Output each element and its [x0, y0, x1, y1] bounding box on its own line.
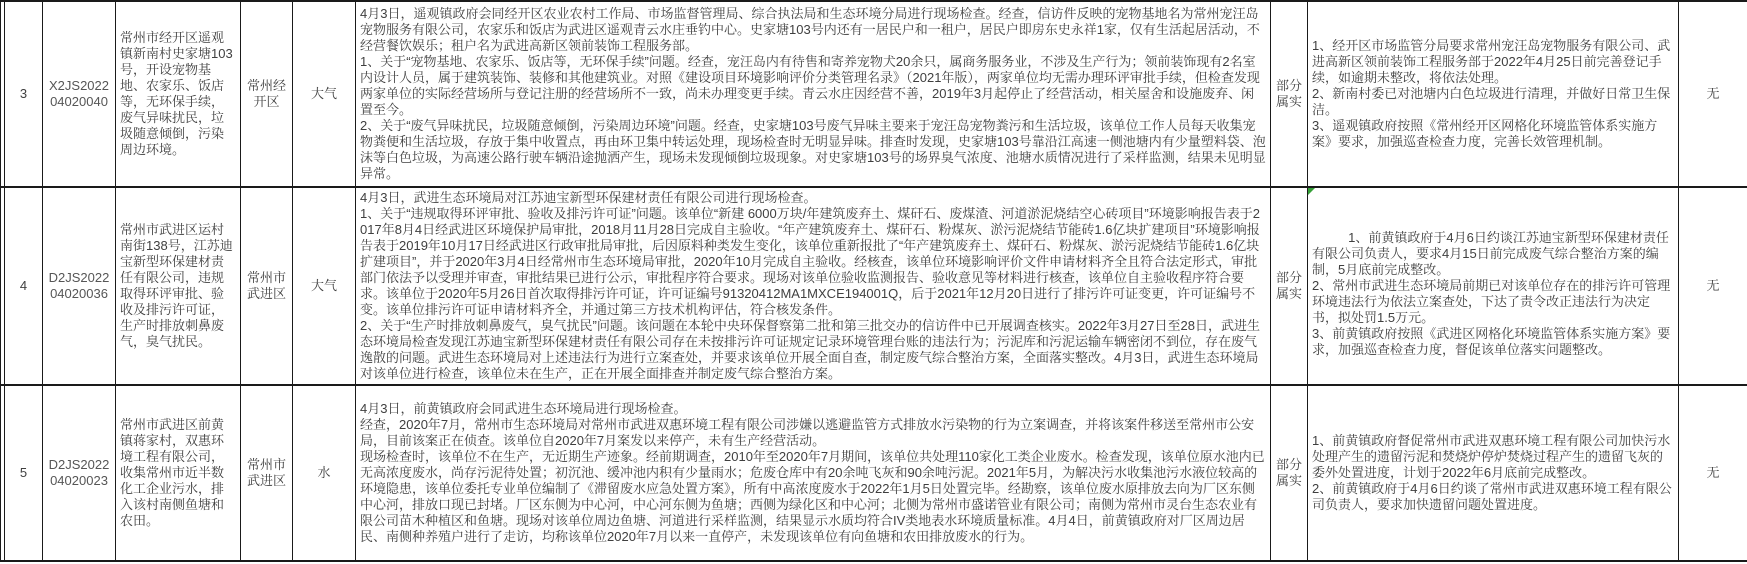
cell-measures[interactable]: 1、前黄镇政府督促常州市武进双惠环境工程有限公司加快污水处理产生的遗留污泥和焚烧… — [1308, 385, 1679, 561]
cell-region[interactable]: 常州市武进区 — [241, 385, 293, 561]
cell-accountability[interactable]: 无 — [1679, 1, 1747, 187]
comment-flag-icon — [1308, 188, 1315, 195]
cell-seq[interactable]: 5 — [5, 385, 43, 561]
cell-complaint[interactable]: 常州市经开区遥观镇新南村史家塘103号，开设宠物基地、农家乐、饭店等，无环保手续… — [116, 1, 241, 187]
cell-investigation[interactable]: 4月3日，遥观镇政府会同经开区农业农村工作局、市场监督管理局、综合执法局和生态环… — [356, 1, 1271, 187]
complaints-table: 3 X2JS202204020040 常州市经开区遥观镇新南村史家塘103号，开… — [0, 0, 1747, 562]
cell-verification[interactable]: 部分属实 — [1271, 187, 1308, 385]
spreadsheet-view: 3 X2JS202204020040 常州市经开区遥观镇新南村史家塘103号，开… — [0, 0, 1747, 564]
cell-complaint[interactable]: 常州市武进区运村南街138号，江苏迪宝新型环保建材责任有限公司，违规取得环评审批… — [116, 187, 241, 385]
table-row: 5 D2JS202204020023 常州市武进区前黄镇蒋家村，双惠环境工程有限… — [1, 385, 1747, 561]
cell-verification[interactable]: 部分属实 — [1271, 385, 1308, 561]
table-row: 3 X2JS202204020040 常州市经开区遥观镇新南村史家塘103号，开… — [1, 1, 1747, 187]
cell-region[interactable]: 常州市武进区 — [241, 187, 293, 385]
cell-region[interactable]: 常州经开区 — [241, 1, 293, 187]
table-row: 4 D2JS202204020036 常州市武进区运村南街138号，江苏迪宝新型… — [1, 187, 1747, 385]
cell-pollution-type[interactable]: 水 — [293, 385, 356, 561]
cell-case-id[interactable]: D2JS202204020023 — [43, 385, 116, 561]
measures-text: 1、前黄镇政府于4月6日约谈江苏迪宝新型环保建材责任有限公司负责人，要求4月15… — [1312, 230, 1670, 357]
cell-measures[interactable]: 1、经开区市场监管分局要求常州宠汪岛宠物服务有限公司、武进高新区领前装饰工程服务… — [1308, 1, 1679, 187]
cell-pollution-type[interactable]: 大气 — [293, 187, 356, 385]
cell-case-id[interactable]: D2JS202204020036 — [43, 187, 116, 385]
cell-accountability[interactable]: 无 — [1679, 187, 1747, 385]
cell-investigation[interactable]: 4月3日，武进生态环境局对江苏迪宝新型环保建材责任有限公司进行现场检查。 1、关… — [356, 187, 1271, 385]
cell-seq[interactable]: 4 — [5, 187, 43, 385]
cell-complaint[interactable]: 常州市武进区前黄镇蒋家村，双惠环境工程有限公司，收集常州市近半数化工企业污水，排… — [116, 385, 241, 561]
cell-case-id[interactable]: X2JS202204020040 — [43, 1, 116, 187]
cell-seq[interactable]: 3 — [5, 1, 43, 187]
cell-accountability[interactable]: 无 — [1679, 385, 1747, 561]
cell-verification[interactable]: 部分属实 — [1271, 1, 1308, 187]
cell-investigation[interactable]: 4月3日，前黄镇政府会同武进生态环境局进行现场检查。 经查，2020年7月，常州… — [356, 385, 1271, 561]
cell-measures[interactable]: 1、前黄镇政府于4月6日约谈江苏迪宝新型环保建材责任有限公司负责人，要求4月15… — [1308, 187, 1679, 385]
cell-pollution-type[interactable]: 大气 — [293, 1, 356, 187]
